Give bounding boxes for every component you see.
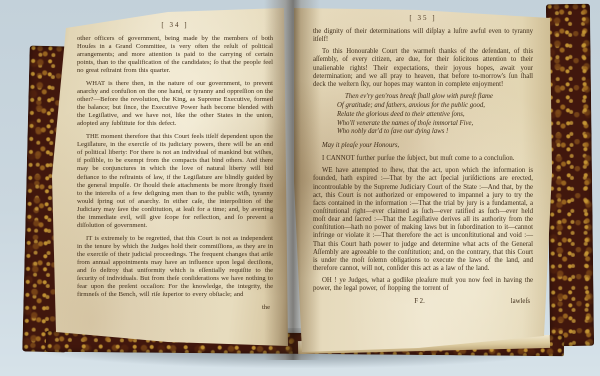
verse-line: Who'll venerate the names of thoſe immor…: [337, 120, 533, 129]
signature-and-catchword-line: F 2. lawleſs: [313, 298, 533, 308]
right-page-text-block: [ 35 ] the dignity of their determinatio…: [288, 2, 554, 356]
verse-line: Who nobly dar'd to ſave our dying laws !: [337, 128, 533, 137]
left-page-number: [ 34 ]: [77, 21, 273, 29]
signature-mark: F 2.: [414, 298, 425, 305]
right-paragraph: WE have attempted to ſhew, that the act,…: [313, 167, 533, 273]
photo-open-book: [ 34 ] other officers of government, bei…: [0, 0, 600, 376]
verse-line: Of gratitude; and fathers, anxious for t…: [337, 102, 533, 111]
verse-line: Then ev'ry gen'rous breaſt ſhall glow wi…: [345, 93, 533, 102]
left-paragraph: THE moment therefore that this Court fee…: [77, 133, 273, 229]
right-paragraph: To this Honourable Court the warmeſt tha…: [313, 48, 533, 89]
right-page-number: [ 35 ]: [313, 14, 533, 22]
left-page: [ 34 ] other officers of government, bei…: [48, 6, 288, 350]
right-paragraph-continuation: the dignity of their determinations will…: [313, 28, 533, 44]
verse-line: Relate the glorious deed to their attent…: [337, 111, 533, 120]
left-catchword: the: [77, 304, 273, 311]
right-paragraph: OH ! ye Judges, what a godlike pleaſure …: [313, 277, 533, 293]
right-marbled-board-cover: [546, 4, 594, 347]
left-paragraph: WHAT is there then, in the nature of our…: [77, 80, 273, 128]
left-paragraph-continuation: other officers of government, being made…: [77, 35, 273, 75]
right-catchword: lawleſs: [511, 298, 530, 305]
left-paragraph: IT is extremely to be regretted, that th…: [77, 235, 273, 299]
left-page-text-block: [ 34 ] other officers of government, bei…: [48, 6, 288, 350]
quoted-verse: Then ev'ry gen'rous breaſt ſhall glow wi…: [337, 93, 533, 137]
right-page: [ 35 ] the dignity of their determinatio…: [288, 2, 554, 356]
salutation-line: May it pleaſe your Honours,: [313, 142, 533, 151]
right-paragraph: I CANNOT further purſue the ſubject, but…: [313, 155, 533, 163]
